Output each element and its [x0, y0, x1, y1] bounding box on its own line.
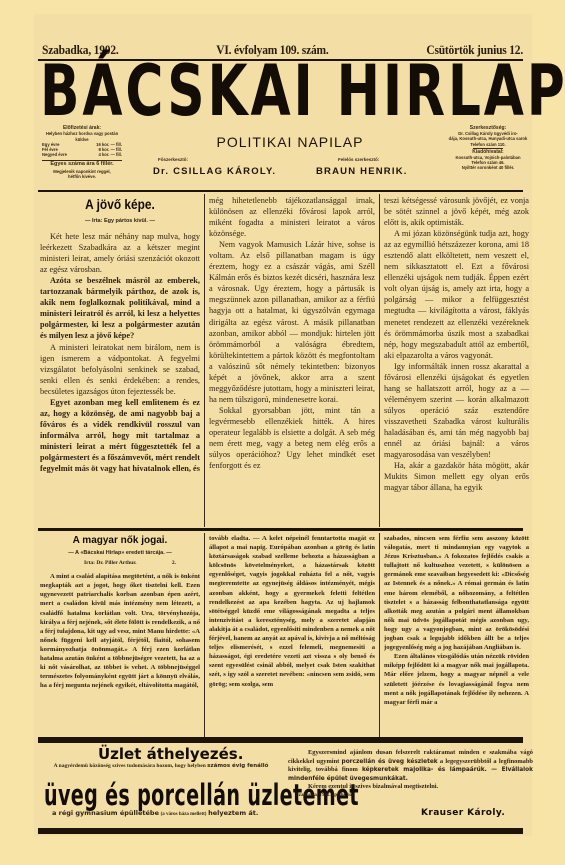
column-rule — [204, 533, 205, 737]
article2-column-1: A magyar nők jogai. — A «Bácskai Hirlap»… — [40, 534, 200, 734]
advert-closing: Kérem ezentul is szives bizalmával megti… — [288, 783, 533, 792]
paragraph: Ezen általános vizsgálódás után nézzük r… — [384, 652, 529, 707]
advert-intro: A nagyérdemü közönség szives tudomására … — [44, 763, 278, 770]
advert-dateline: Szabadka, 1902. április hó. — [288, 792, 533, 801]
bottom-rule — [38, 828, 523, 834]
paragraph: A mint a család alapitása megtörtént, a … — [40, 572, 200, 690]
column-rule — [204, 194, 205, 527]
section-rule — [38, 528, 523, 531]
article2-byline: — A «Bácskai Hirlap» eredeti tárcája. — — [40, 549, 200, 558]
subscription-box: Előfizetési árak: Helyben házhoz hordva … — [42, 126, 122, 180]
paragraph: Azóta se beszélnek másról az emberek, ta… — [40, 275, 200, 341]
header-rule — [38, 190, 523, 192]
advert-rule — [38, 737, 523, 743]
publisher-price: Nyilttér soronként 40 fillér. — [440, 165, 536, 170]
paragraph: tovább eladta. — A kelet népeinél fennta… — [209, 534, 375, 689]
article2-author-line: Irta: Dr. Piller Arthur. 2. — [40, 559, 200, 568]
advert-location: a régi gymnasium épülletébe (a város ház… — [52, 809, 292, 819]
chief-editor-label: Főszerkesztő: — [158, 157, 188, 162]
article1-column-3: teszi kétségessé városunk jövőjét, ez vo… — [384, 195, 529, 525]
schedule-line: hétfőn kivéve. — [42, 174, 122, 179]
article2-title: A magyar nők jogai. — [40, 534, 200, 548]
advert-signature: Krauser Károly. — [421, 808, 505, 818]
article2-author: Irta: Dr. Piller Arthur. — [84, 559, 137, 568]
resp-editor-label: Felelős szerkesztő: — [338, 157, 379, 162]
resp-editor-name: BRAUN HENRIK. — [316, 166, 408, 177]
article2-part: 2. — [172, 559, 176, 568]
subtitle: POLITIKAI NAPILAP — [200, 134, 380, 150]
editorial-address: dája, Kossuth-utca, Hunyadi-utca sarok — [440, 136, 536, 141]
paragraph: Két hete lesz már néhány nap mulva, hogy… — [40, 231, 200, 275]
article2-column-2: tovább eladta. — A kelet népeinél fennta… — [209, 534, 375, 734]
advert-title: Üzlet áthelyezés. — [98, 745, 243, 763]
paragraph: Ha, akár a gazdakör háta mögött, akár Mu… — [384, 460, 529, 493]
paragraph: Igy informálták innen rossz akarattal a … — [384, 361, 529, 460]
paragraph: A mi józan közönségünk tudja azt, hogy a… — [384, 228, 529, 361]
advert-body: Egyszersmind ajánlom dusan felszerelt ra… — [288, 749, 533, 801]
paragraph: Egyet azonban meg kell emlitenem és ez a… — [40, 397, 200, 474]
paragraph: teszi kétségessé városunk jövőjét, ez vo… — [384, 195, 529, 228]
subscription-subhead: Helyben házhoz hordva vagy postán küldve — [42, 131, 122, 142]
masthead: BÁCSKAI HIRLAP — [40, 60, 389, 121]
price-row: Negyed évre4 kor. — fill. — [42, 152, 122, 157]
paragraph: Nem vagyok Mamusich Lázár hive, sohse is… — [209, 239, 375, 405]
chief-editor-name: Dr. CSILLAG KÁROLY. — [153, 166, 276, 177]
paragraph: A ministeri leiratokat nem birálom, nem … — [40, 342, 200, 397]
column-rule — [379, 194, 380, 527]
single-copy-price: Egyes száma ára 6 fillér. — [42, 160, 122, 167]
paragraph: még hihetetlenebb tájékozatlansággal irn… — [209, 195, 375, 239]
article1-column-2: még hihetetlenebb tájékozatlansággal irn… — [209, 195, 375, 525]
article1-byline: — Irta: Egy pártos kivül. — — [40, 216, 200, 227]
article1-title: A jövő képe. — [52, 195, 188, 213]
paragraph: Sokkal gyorsabban jött, mint tán a legvé… — [209, 405, 375, 471]
column-rule — [379, 533, 380, 737]
editorial-phone: Telefon szám 110. — [440, 142, 536, 147]
article2-column-3: szabados, nincsen sem férfiu sem asszony… — [384, 534, 529, 734]
office-box: Szerkesztőség: Dr. Csillag Károly ügyvéd… — [440, 126, 536, 171]
paragraph: szabados, nincsen sem férfiu sem asszony… — [384, 534, 529, 652]
article1-column-1: A jövő képe. — Irta: Egy pártos kivül. —… — [40, 195, 200, 525]
